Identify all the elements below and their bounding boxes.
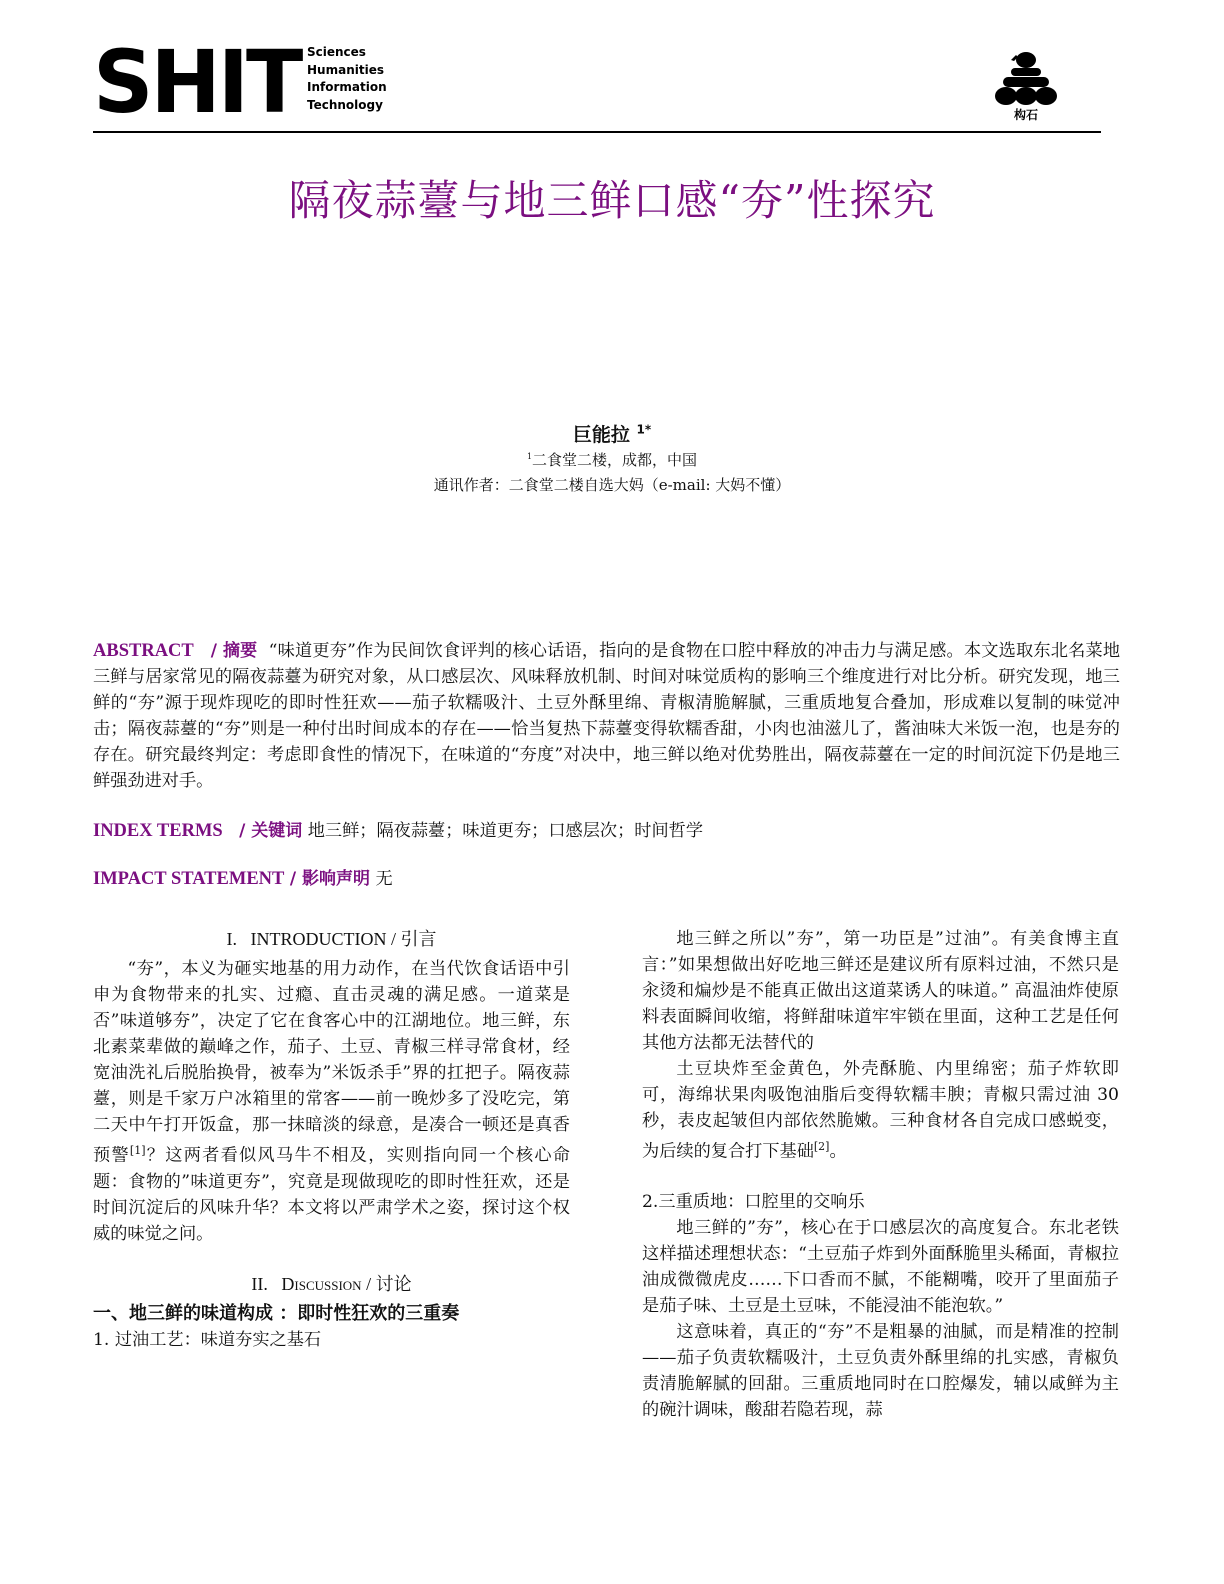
index-terms: INDEX TERMS / 关键词 地三鲜；隔夜蒜薹；味道更夯；口感层次；时间哲… [93,816,703,842]
subsubsection-heading: 2.三重质地：口腔里的交响乐 [642,1189,1119,1215]
impact-text: 无 [375,869,392,889]
section-title-cn: / 讨论 [366,1274,412,1294]
impact-statement: IMPACT STATEMENT / 影响声明 无 [93,864,393,890]
section-title-cn: / 引言 [391,929,437,949]
publisher-emblem: 构石 [991,46,1061,122]
index-terms-label-cn: / 关键词 [239,821,302,841]
author-block: 巨能拉 1* 1二食堂二楼，成都，中国 通讯作者：二食堂二楼自选大妈（e-mai… [0,420,1224,495]
body-paragraph: 地三鲜之所以”夯”，第一功臣是”过油”。有美食博主直言：”如果想做出好吃地三鲜还… [642,926,1119,1056]
author-name: 巨能拉 1* [0,420,1224,447]
abstract-label-en: ABSTRACT [93,641,194,661]
section-heading-discussion: II. Discussion / 讨论 [93,1271,570,1297]
author-name-text: 巨能拉 [573,424,630,446]
impact-label-cn: / 影响声明 [290,869,370,889]
impact-label-en: IMPACT STATEMENT [93,869,284,889]
intro-text-tail: ？这两者看似风马牛不相及，实则指向同一个核心命题：食物的”味道更夯”，究竟是现做… [93,1146,570,1244]
header-divider [93,131,1101,133]
citation-ref[interactable]: [1] [130,1144,146,1157]
journal-logo: SHIT [93,39,300,126]
affiliation-text: 二食堂二楼，成都，中国 [532,451,697,469]
logo-line: Sciences [307,44,387,62]
logo-line: Technology [307,97,387,115]
section-heading-introduction: I. INTRODUCTION / 引言 [93,926,570,952]
stone-pile-icon [993,46,1059,106]
left-column: I. INTRODUCTION / 引言 “夯”，本义为砸实地基的用力动作，在当… [93,926,570,1353]
body-text: 土豆块炸至金黄色，外壳酥脆、内里绵密；茄子炸软即可，海绵状果肉吸饱油脂后变得软糯… [642,1059,1119,1162]
affiliation: 1二食堂二楼，成都，中国 [0,449,1224,470]
right-column: 地三鲜之所以”夯”，第一功臣是”过油”。有美食博主直言：”如果想做出好吃地三鲜还… [642,926,1119,1423]
subsubsection-heading: 1. 过油工艺：味道夯实之基石 [93,1327,570,1353]
abstract-text: “味道更夯”作为民间饮食评判的核心话语，指向的是食物在口腔中释放的冲击力与满足感… [93,641,1120,791]
body-paragraph: 这意味着，真正的“夯”不是粗暴的油腻，而是精准的控制——茄子负责软糯吸汁，土豆负… [642,1319,1119,1423]
abstract: ABSTRACT / 摘要 “味道更夯”作为民间饮食评判的核心话语，指向的是食物… [93,638,1120,794]
logo-line: Information [307,79,387,97]
body-text-end: 。 [829,1142,846,1162]
subsection-heading: 一、地三鲜的味道构成 ：即时性狂欢的三重奏 [93,1301,570,1327]
correspondence: 通讯作者：二食堂二楼自选大妈（e-mail: 大妈不懂） [0,474,1224,495]
paper-title: 隔夜蒜薹与地三鲜口感“夯”性探究 [0,168,1224,228]
intro-paragraph: “夯”，本义为砸实地基的用力动作，在当代饮食话语中引申为食物带来的扎实、过瘾、直… [93,956,570,1247]
emblem-label: 构石 [991,106,1061,123]
logo-line: Humanities [307,62,387,80]
citation-ref[interactable]: [2] [814,1140,830,1153]
journal-header: SHIT Sciences Humanities Information Tec… [93,40,1101,132]
intro-text: “夯”，本义为砸实地基的用力动作，在当代饮食话语中引申为食物带来的扎实、过瘾、直… [93,959,570,1166]
section-title-en: INTRODUCTION [251,929,387,949]
index-terms-text: 地三鲜；隔夜蒜薹；味道更夯；口感层次；时间哲学 [308,821,703,841]
body-paragraph: 土豆块炸至金黄色，外壳酥脆、内里绵密；茄子炸软即可，海绵状果肉吸饱油脂后变得软糯… [642,1056,1119,1165]
abstract-label-cn: / 摘要 [211,641,258,661]
journal-logo-subtitle: Sciences Humanities Information Technolo… [307,44,387,114]
author-mark: 1* [637,423,652,437]
section-title-en: Discussion [281,1274,361,1294]
body-paragraph: 地三鲜的”夯”，核心在于口感层次的高度复合。东北老铁这样描述理想状态：“土豆茄子… [642,1215,1119,1319]
section-number: II. [251,1274,268,1294]
index-terms-label-en: INDEX TERMS [93,821,223,841]
section-number: I. [227,929,238,949]
